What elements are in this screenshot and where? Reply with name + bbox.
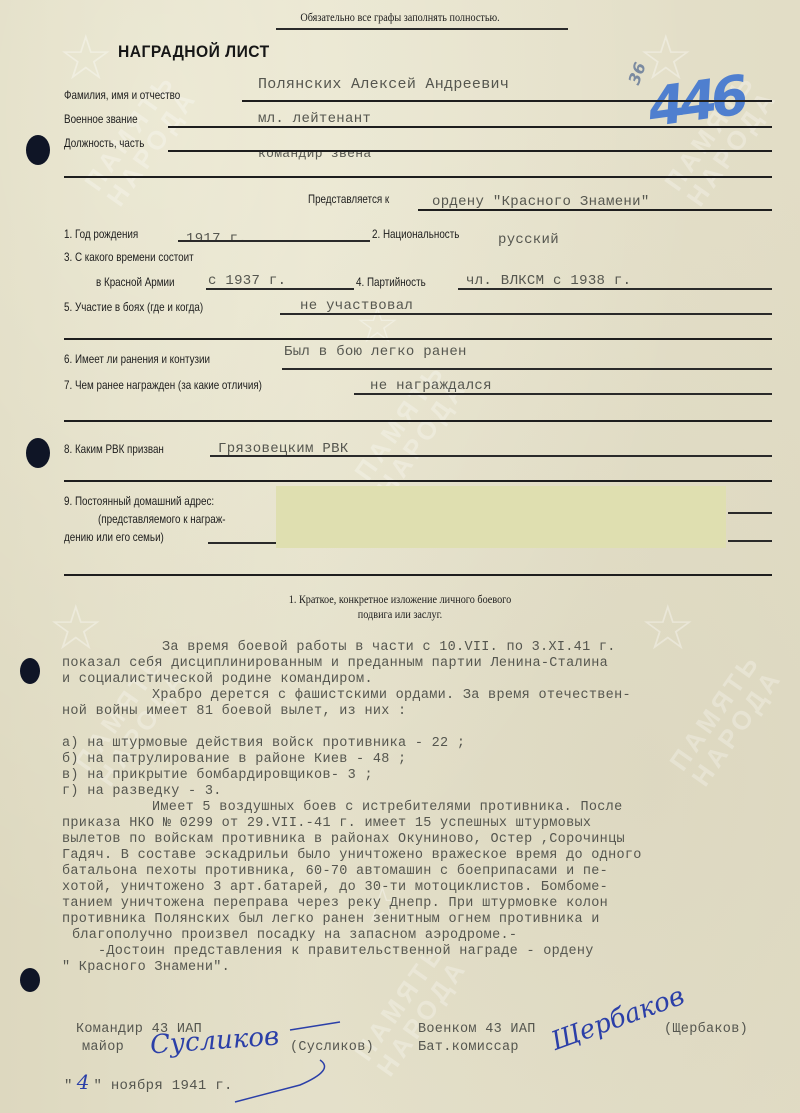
narrative-line: вылетов по войскам противника в районах … <box>62 832 782 848</box>
service-since-value: с 1937 г. <box>208 273 286 289</box>
form-title: НАГРАДНОЙ ЛИСТ <box>118 42 270 62</box>
wounds-underline <box>282 368 772 370</box>
wounds-value: Был в бою легко ранен <box>284 344 467 360</box>
birth-year-label: 1. Год рождения <box>64 227 138 241</box>
party-underline <box>458 288 772 290</box>
name-underline <box>242 100 772 102</box>
list-item: в) на прикрытие бомбардировщиков- 3 ; <box>62 768 782 784</box>
nominated-value: ордену "Красного Знамени" <box>432 194 650 210</box>
narrative-line: Имеет 5 воздушных боев с истребителями п… <box>62 800 782 816</box>
battles-label: 5. Участие в боях (где и когда) <box>64 300 203 314</box>
position-value: командир звена <box>258 146 371 161</box>
narrative-line: батальона пехоты противника, 60-70 автом… <box>62 864 782 880</box>
birth-year-value: 1917 г. <box>186 231 247 247</box>
narrative-line: Храбро дерется с фашистскими ордами. За … <box>62 688 782 704</box>
address-underline-right-2 <box>728 540 772 542</box>
narrative-line: ной войны имеет 81 боевой вылет, из них … <box>62 704 782 720</box>
rvk-label: 8. Каким РВК призван <box>64 442 164 456</box>
narrative-line: За время боевой работы в части с 10.VII.… <box>62 640 782 656</box>
header-underline <box>276 28 568 30</box>
narrative-heading: 1. Краткое, конкретное изложение личного… <box>230 592 570 607</box>
party-label: 4. Партийность <box>356 275 426 289</box>
narrative-body: За время боевой работы в части с 10.VII.… <box>62 640 782 976</box>
rvk-underline <box>210 455 772 457</box>
narrative-line: Гадяч. В составе эскадрильи было уничтож… <box>62 848 782 864</box>
narrative-line: приказа НКО № 0299 от 29.VII.-41 г. имее… <box>62 816 782 832</box>
birth-year-underline <box>178 240 370 242</box>
address-redaction <box>276 486 726 548</box>
list-item: а) на штурмовые действия войск противник… <box>62 736 782 752</box>
position-underline <box>168 150 772 152</box>
list-item: г) на разведку - 3. <box>62 784 782 800</box>
binder-hole <box>26 135 50 165</box>
service-since-underline <box>206 288 354 290</box>
commissar-rank: Бат.комиссар <box>418 1040 519 1055</box>
battles-underline <box>280 313 772 315</box>
service-since-label: 3. С какого времени состоит <box>64 250 194 264</box>
battles-value: не участвовал <box>300 298 413 314</box>
nationality-label: 2. Национальность <box>372 227 459 241</box>
watermark-star-icon: ☆ <box>58 28 114 90</box>
narrative-heading-2: подвига или заслуг. <box>230 607 570 622</box>
awards-underline-2 <box>64 420 772 422</box>
party-value: чл. ВЛКСМ с 1938 г. <box>466 273 631 289</box>
commissar-name: (Щербаков) <box>664 1022 748 1037</box>
wounds-label: 6. Имеет ли ранения и контузии <box>64 352 210 366</box>
name-label: Фамилия, имя и отчество <box>64 88 180 102</box>
date-month-year: ноября 1941 г. <box>111 1078 233 1094</box>
narrative-line: и социалистической родине командиром. <box>62 672 782 688</box>
signing-date: "4" ноября 1941 г. <box>64 1070 233 1094</box>
awards-underline <box>354 393 772 395</box>
nominated-underline <box>418 209 772 211</box>
rank-underline <box>168 126 772 128</box>
address-underline-right <box>728 512 772 514</box>
narrative-line: показал себя дисциплинированным и предан… <box>62 656 782 672</box>
narrative-line: " Красного Знамени". <box>62 960 782 976</box>
binder-hole <box>20 968 40 992</box>
awards-value: не награждался <box>370 378 492 394</box>
narrative-line: -Достоин представления к правительственн… <box>62 944 782 960</box>
position-underline-2 <box>64 176 772 178</box>
rank-label: Военное звание <box>64 112 138 126</box>
position-label: Должность, часть <box>64 136 144 150</box>
nominated-label: Представляется к <box>308 192 389 206</box>
narrative-line: благополучно произвел посадку на запасно… <box>62 928 782 944</box>
commander-rank: майор <box>82 1040 124 1055</box>
rank-value: мл. лейтенант <box>258 111 371 127</box>
commissar-title: Военком 43 ИАП <box>418 1022 536 1037</box>
binder-hole <box>20 658 40 684</box>
rvk-underline-2 <box>64 480 772 482</box>
address-label-2: (представляемого к награж- <box>98 512 226 526</box>
address-label: 9. Постоянный домашний адрес: <box>64 494 214 508</box>
signature-flourish <box>150 1010 450 1110</box>
commissar-signature: Щербаков <box>547 981 688 1057</box>
date-day: 4 <box>73 1070 94 1094</box>
narrative-line: танием уничтожена переправа через реку Д… <box>62 896 782 912</box>
battles-underline-2 <box>64 338 772 340</box>
name-value: Полянских Алексей Андреевич <box>258 76 509 93</box>
address-underline-3 <box>64 574 772 576</box>
narrative-line: противника Полянских был легко ранен зен… <box>62 912 782 928</box>
address-underline-left <box>208 542 276 544</box>
nationality-value: русский <box>498 232 559 248</box>
list-item: б) на патрулирование в районе Киев - 48 … <box>62 752 782 768</box>
address-label-3: дению или его семьи) <box>64 530 164 544</box>
awards-label: 7. Чем ранее награжден (за какие отличия… <box>64 378 262 392</box>
header-instruction: Обязательно все графы заполнять полность… <box>230 10 570 25</box>
service-since-label-2: в Красной Армии <box>96 275 174 289</box>
narrative-line: хотой, уничтожено 3 арт.батарей, до 30-т… <box>62 880 782 896</box>
binder-hole <box>26 438 50 468</box>
